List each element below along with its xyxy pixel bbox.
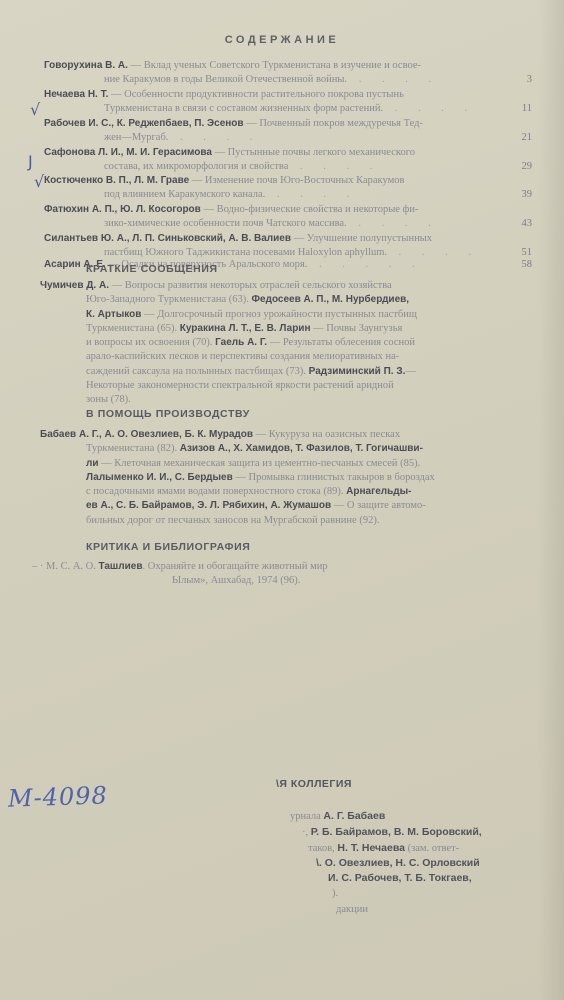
text-line: Туркменистана (82). Азизов А., Х. Хамидо… [40,442,480,456]
article-title: — Вопросы развития некоторых отраслей се… [109,280,392,291]
critique-paragraph: – · М. С. А. О. Ташлиев. Охраняйте и обо… [32,560,472,589]
short-reports-paragraph: Чумичев Д. А. — Вопросы развития некотор… [40,279,480,408]
toc-entry-title: — Вклад ученых Советского Туркменистана … [128,60,421,71]
toc-entry: Силантьев Ю. А., Л. П. Синьковский, А. В… [44,232,516,261]
board-text: урнала [290,811,323,822]
text-line: саждений саксаула на полынных пастбищах … [40,365,480,379]
article-title: Юго-Западного Туркменистана (63). [86,294,252,305]
board-text: таков, [308,843,337,854]
article-title: зоны (78). [86,394,131,405]
check-mark-icon: √ [30,100,40,119]
text-line: К. Артыков — Долгосрочный прогноз урожай… [40,308,480,322]
board-text: дакции [336,904,368,915]
editorial-board-line: ·, Р. Б. Байрамов, В. М. Боровский, [302,826,482,838]
text-line: Некоторые закономерности спектральной яр… [40,379,480,393]
member-name: А. Г. Бабаев [323,810,385,822]
toc-entry-page-number: 43 [522,217,533,231]
toc-entry-title: — Пустынные почвы легкого механического [212,147,415,158]
toc-entry-title: — Особенности продуктивности растительно… [108,89,404,100]
editorial-board-line: И. С. Рабочев, Т. Б. Токгаев, [328,872,472,884]
toc-entry: Фатюхин А. П., Ю. Л. Косогоров — Водно-ф… [44,203,516,232]
text-line: зоны (78). [40,393,480,407]
toc-entry-authors: Нечаева Н. Т. [44,89,108,100]
toc-entry-authors: Говорухина В. А. [44,60,128,71]
section-heading-production-help: В ПОМОЩЬ ПРОИЗВОДСТВУ [86,408,250,420]
author-names: Чумичев Д. А. [40,280,109,291]
editorial-board-line: таков, Н. Т. Нечаева (зам. ответ- [308,842,459,854]
toc-entry-page-number: 3 [527,73,532,87]
article-title: саждений саксаула на полынных пастбищах … [86,366,309,377]
toc-entry-authors: Силантьев Ю. А., Л. П. Синьковский, А. В… [44,233,291,244]
text-line: ев А., С. Б. Байрамов, Э. Л. Рябихин, А.… [40,499,480,513]
text-line: Лалыменко И. И., С. Бердыев — Промывка г… [40,471,480,485]
toc-entry-title-continued: состава, их микроморфология и свойства .… [44,160,516,174]
toc-entry: Рабочев И. С., К. Реджепбаев, П. Эсенов … [44,117,516,146]
article-title: Ылым», Ашхабад, 1974 (96). [172,575,300,586]
text-line: Чумичев Д. А. — Вопросы развития некотор… [40,279,480,293]
author-names: ли [86,458,99,469]
check-mark-icon: J [28,152,33,171]
member-name: И. С. Рабочев, Т. Б. Токгаев, [328,872,472,884]
article-title: — Клеточная механическая защита из цемен… [99,458,421,469]
text-line: ли — Клеточная механическая защита из це… [40,457,480,471]
author-names: Лалыменко И. И., С. Бердыев [86,472,233,483]
article-title: — Почвы Заунгузья [311,323,403,334]
article-title: арало-каспийских песков и перспективы со… [86,351,399,362]
article-title: бильных дорог от песчаных заносов на Мур… [86,515,379,526]
toc-entry-page-number: 39 [522,188,533,202]
toc-entry: Говорухина В. А. — Вклад ученых Советско… [44,59,516,88]
toc-entry-authors: Костюченко В. П., Л. М. Граве [44,175,189,186]
editorial-board-line: \. О. Овезлиев, Н. С. Орловский [316,857,480,869]
article-title: — Промывка глинистых такыров в бороздах [233,472,435,483]
toc-entry-title: — Почвенный покров междуречья Тед- [244,118,423,129]
board-text: ·, [302,827,311,838]
toc-entry-title-continued: Туркменистана в связи с составом жизненн… [44,102,516,116]
section-heading-short-reports: КРАТКИЕ СООБЩЕНИЯ [86,263,218,275]
toc-entry-authors: Сафонова Л. И., М. И. Герасимова [44,147,212,158]
toc-entry-title: — Водно-физические свойства и некоторые … [201,204,419,215]
author-names: ев А., С. Б. Байрамов, Э. Л. Рябихин, А.… [86,500,331,511]
text-line: Юго-Западного Туркменистана (63). Федосе… [40,293,480,307]
toc-entry-title-continued: ние Каракумов в годы Великой Отечественн… [44,73,516,87]
check-mark-icon: √ [34,172,44,191]
text-line: Ылым», Ашхабад, 1974 (96). [32,574,472,588]
text-line: Туркменистана (65). Куракина Л. Т., Е. В… [40,322,480,336]
member-name: \. О. Овезлиев, Н. С. Орловский [316,857,480,869]
text-line: арало-каспийских песков и перспективы со… [40,350,480,364]
toc-entry-page-number: 29 [522,160,533,174]
section-heading-critique: КРИТИКА И БИБЛИОГРАФИЯ [86,541,250,553]
article-title: — О защите автомо- [331,500,426,511]
author-names: Азизов А., Х. Хамидов, Т. Фазилов, Т. Го… [180,443,423,454]
author-names: Бабаев А. Г., А. О. Овезлиев, Б. К. Мура… [40,429,253,440]
toc-entry-authors: Рабочев И. С., К. Реджепбаев, П. Эсенов [44,118,244,129]
article-title: с посадочными ямами водами поверхностног… [86,486,346,497]
editorial-board-line: дакции [336,903,368,915]
toc-entry-page-number: 21 [522,131,533,145]
member-name: Р. Б. Байрамов, В. М. Боровский, [311,826,482,838]
board-text: ). [332,888,338,899]
handwritten-note: M-4098 [8,781,109,812]
editorial-board-heading: \Я КОЛЛЕГИЯ [276,778,352,790]
toc-entry-authors: Фатюхин А. П., Ю. Л. Косогоров [44,204,201,215]
article-title: — Результаты облесения сосной [267,337,415,348]
toc-entry-title: — Улучшение полупустынных [291,233,432,244]
page-crease-shadow [538,0,564,1000]
page-title: СОДЕРЖАНИЕ [0,34,564,46]
article-title: — Кукуруза на оазисных песках [253,429,400,440]
article-title: и вопросы их освоения (70). [86,337,215,348]
toc-entry: Костюченко В. П., Л. М. Граве — Изменени… [44,174,516,203]
toc-entry: Нечаева Н. Т. — Особенности продуктивнос… [44,88,516,117]
article-title: Туркменистана (82). [86,443,180,454]
text-line: и вопросы их освоения (70). Гаель А. Г. … [40,336,480,350]
author-names: К. Артыков [86,309,141,320]
article-title: Некоторые закономерности спектральной яр… [86,380,394,391]
text-line: с посадочными ямами водами поверхностног… [40,485,480,499]
toc-entry-page-number: 58 [522,258,533,272]
text-line: бильных дорог от песчаных заносов на Мур… [40,514,480,528]
production-help-paragraph: Бабаев А. Г., А. О. Овезлиев, Б. К. Мура… [40,428,480,528]
board-text: (зам. ответ- [405,843,459,854]
text-line: Бабаев А. Г., А. О. Овезлиев, Б. К. Мура… [40,428,480,442]
toc-entry-title: — Изменение почв Юго-Восточных Каракумов [189,175,404,186]
toc-page: СОДЕРЖАНИЕ √ J √ Говорухина В. А. — Вкла… [0,0,564,1000]
author-names: Куракина Л. Т., Е. В. Ларин [180,323,311,334]
editorial-board-line: ). [332,887,338,899]
toc-entry-page-number: 11 [522,102,532,116]
editorial-board-line: урнала А. Г. Бабаев [290,810,385,822]
article-title: – · М. С. А. О. [32,561,99,572]
text-line: – · М. С. А. О. Ташлиев. Охраняйте и обо… [32,560,472,574]
author-names: Федосеев А. П., М. Нурбердиев, [252,294,410,305]
article-title: Туркменистана (65). [86,323,180,334]
author-names: Арнагельды- [346,486,411,497]
author-names: Гаель А. Г. [215,337,267,348]
toc-entry-title-continued: зико-химические особенности почв Чатског… [44,217,516,231]
toc-entry: Сафонова Л. И., М. И. Герасимова — Пусты… [44,146,516,175]
article-title: . Охраняйте и обогащайте животный мир [142,561,327,572]
article-title: — [405,366,416,377]
author-names: Радзиминский П. З. [309,366,406,377]
toc-entry-title-continued: жен—Мургаб. . . . . [44,131,516,145]
article-title: — Долгосрочный прогноз урожайности пусты… [141,309,417,320]
author-names: Ташлиев [99,561,143,572]
toc-entry-title-continued: под влиянием Каракумского канала. . . . … [44,188,516,202]
member-name: Н. Т. Нечаева [337,842,405,854]
